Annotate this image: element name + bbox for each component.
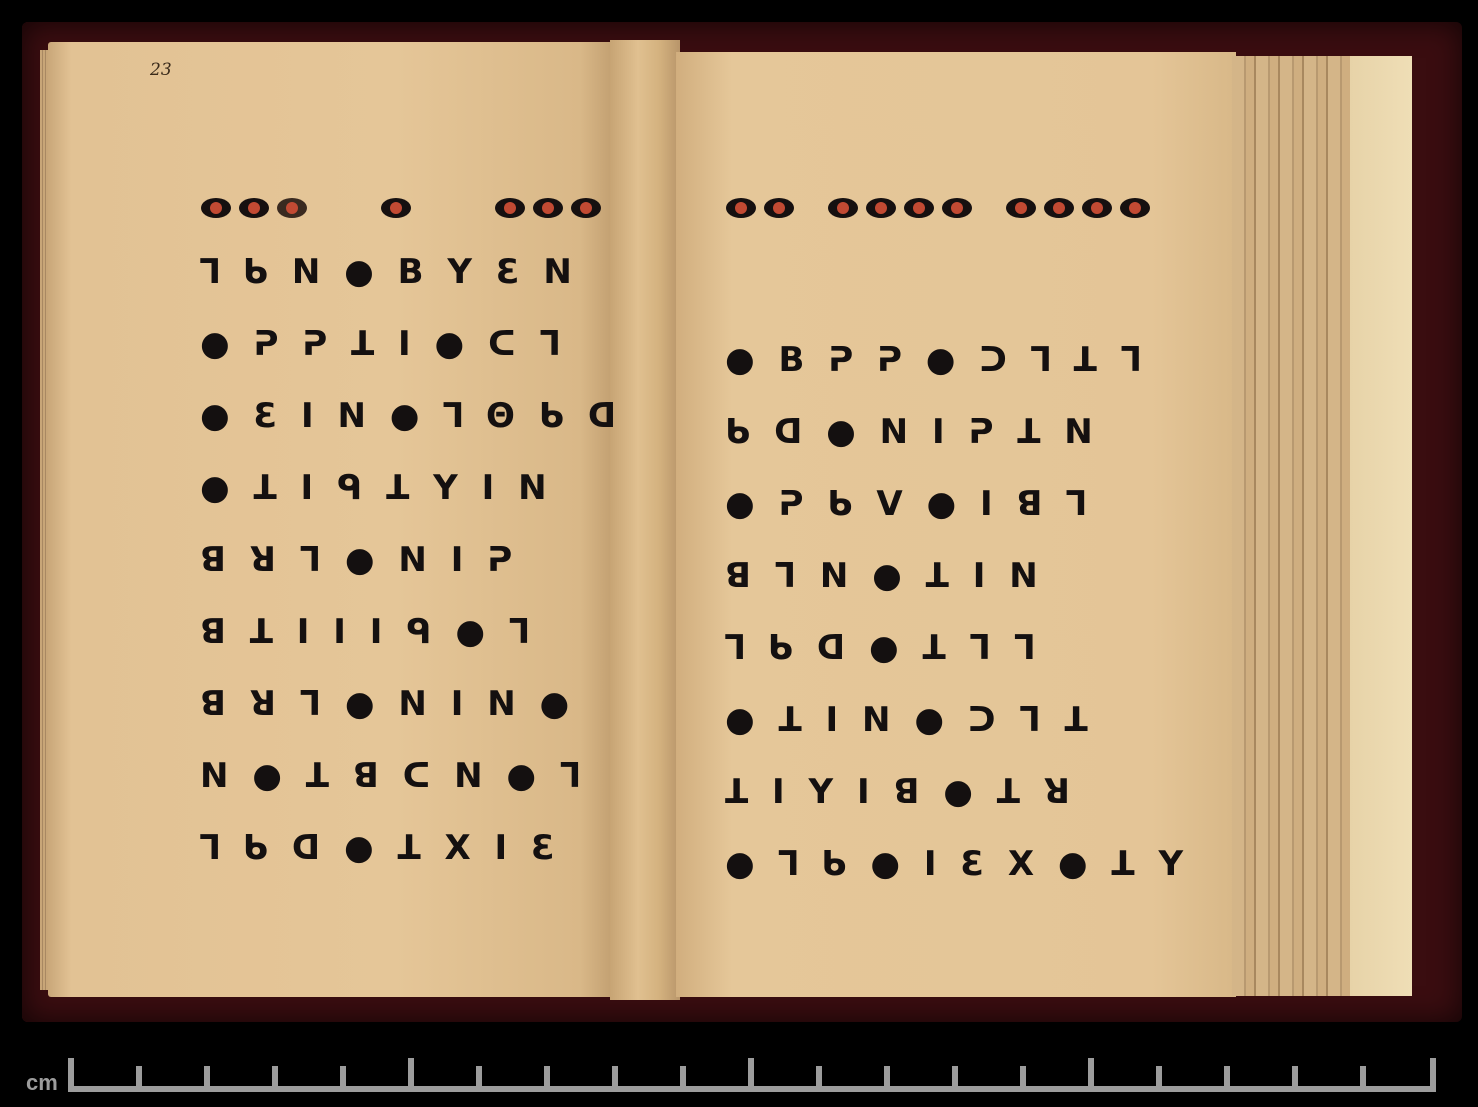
manuscript-line: ꓶ ᑲ ꓠ ● B Y Ɛ ꓠ — [200, 236, 622, 308]
left-heading-dots — [200, 180, 622, 236]
manuscript-line: ● B ᕈ ᕈ ● ᑐ ꓶ ꓕ ᒣ — [725, 324, 1189, 396]
manuscript-line: ꓭ ᒣ ꓠ ● ꓕ ꓲ ꓠ — [725, 540, 1189, 612]
heading-dot — [904, 198, 934, 218]
heading-dot — [1082, 198, 1112, 218]
heading-dot — [942, 198, 972, 218]
endpaper — [1350, 56, 1412, 996]
left-page-text: ꓶ ᑲ ꓠ ● B Y Ɛ ꓠ ● ᕈ ᕈ ꓕ ꓲ ● ᑕ ᒣ ● Ɛ ꓲ ꓠ … — [200, 180, 622, 884]
scale-unit-label: cm — [26, 1070, 58, 1096]
scale-tick — [1292, 1066, 1298, 1088]
manuscript-line: ꓶ ᑲ ᗡ ● ꓕ ꓫ ꓲ Ɛ — [200, 812, 622, 884]
scale-tick — [1430, 1058, 1436, 1088]
heading-dot — [495, 198, 525, 218]
manuscript-line: ꓠ ● ꓕ ꓭ ᑕ ꓠ ● ᒣ — [200, 740, 622, 812]
scale-tick — [612, 1066, 618, 1088]
blank-gap — [725, 236, 1189, 324]
scale-tick — [408, 1058, 414, 1088]
scale-tick — [272, 1066, 278, 1088]
heading-dot — [381, 198, 411, 218]
heading-dot — [239, 198, 269, 218]
heading-dot — [866, 198, 896, 218]
heading-dot — [1120, 198, 1150, 218]
scale-tick — [68, 1058, 74, 1088]
manuscript-line: ꓶ ᑲ ᗡ ● ꓕ ᒣ ꓶ — [725, 612, 1189, 684]
heading-dot — [828, 198, 858, 218]
scale-tick — [544, 1066, 550, 1088]
manuscript-line: ● ᕈ ᑲ ꓦ ● ꓲ ꓭ ꓶ — [725, 468, 1189, 540]
right-page-text: ● B ᕈ ᕈ ● ᑐ ꓶ ꓕ ᒣ ᑲ ᗡ ● ꓠ ꓲ ᕈ ꓕ ꓠ ● ᕈ ᑲ … — [725, 180, 1189, 900]
manuscript-line: ● ᕈ ᕈ ꓕ ꓲ ● ᑕ ᒣ — [200, 308, 622, 380]
heading-dot — [1006, 198, 1036, 218]
scale-tick — [340, 1066, 346, 1088]
heading-dot — [571, 198, 601, 218]
scale-tick — [476, 1066, 482, 1088]
cm-scale-bar: cm — [22, 1058, 1442, 1098]
scale-tick — [204, 1066, 210, 1088]
heading-dot — [726, 198, 756, 218]
scale-tick — [748, 1058, 754, 1088]
scale-tick — [136, 1066, 142, 1088]
scale-tick — [1156, 1066, 1162, 1088]
scale-tick — [1088, 1058, 1094, 1088]
manuscript-line: ᑲ ᗡ ● ꓠ ꓲ ᕈ ꓕ ꓠ — [725, 396, 1189, 468]
heading-dot — [1044, 198, 1074, 218]
scale-tick — [1020, 1066, 1026, 1088]
heading-dot — [533, 198, 563, 218]
heading-dot — [764, 198, 794, 218]
manuscript-line: ● ꓕ ꓲ ᑫ ꓕ Y ꓲ ꓠ — [200, 452, 622, 524]
scale-tick — [816, 1066, 822, 1088]
folio-number: 23 — [150, 60, 172, 80]
scale-tick — [680, 1066, 686, 1088]
scale-tick — [884, 1066, 890, 1088]
manuscript-line: ● ꓕ ꓲ ꓠ ● ᑐ ᒣ ꓕ — [725, 684, 1189, 756]
manuscript-line: ꓭ ꓤ ᒣ ● ꓠ ꓲ ꓠ ● — [200, 668, 622, 740]
manuscript-line: ● ꓶ ᑲ ● ꓲ Ɛ ꓫ ● ꓕ Y — [725, 828, 1189, 900]
page-stack-edges — [1232, 56, 1352, 996]
scale-tick — [1360, 1066, 1366, 1088]
manuscript-line: ꓭ ꓤ ᒣ ● ꓠ ꓲ ᕈ — [200, 524, 622, 596]
right-heading-dots — [725, 180, 1189, 236]
manuscript-line: ꓭ ꓕ ꓲ ꓲ ꓲ ᑫ ● ᒣ — [200, 596, 622, 668]
scale-tick — [952, 1066, 958, 1088]
manuscript-line: ꓕ ꓲ Y ꓲ ꓭ ● ꓕ ꓤ — [725, 756, 1189, 828]
heading-dot — [201, 198, 231, 218]
heading-dot — [277, 198, 307, 218]
manuscript-line: ● Ɛ ꓲ ꓠ ● ꓶ Θ ᑲ ᗡ — [200, 380, 622, 452]
scale-tick — [1224, 1066, 1230, 1088]
